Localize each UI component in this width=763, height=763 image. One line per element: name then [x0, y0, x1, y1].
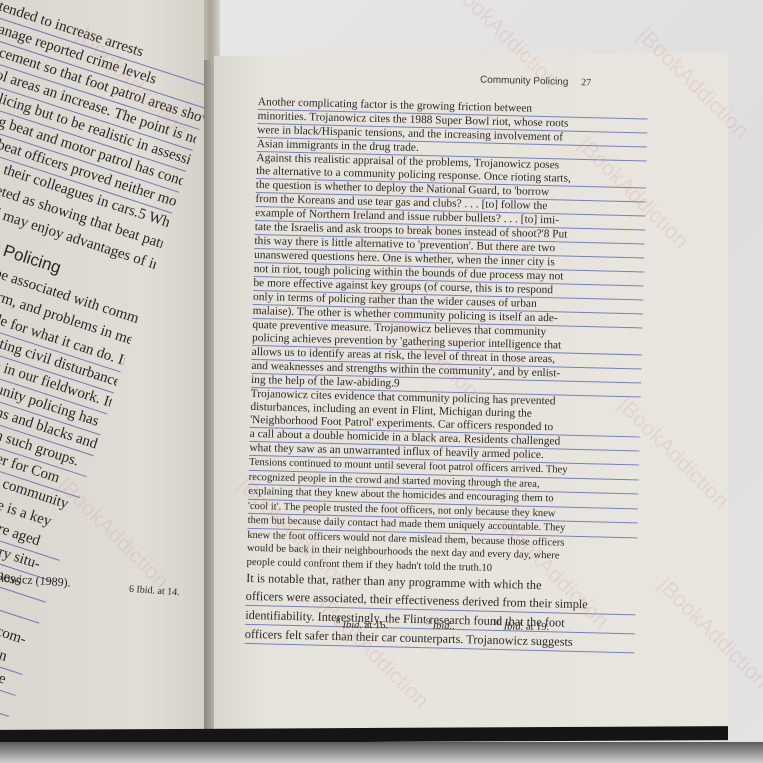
paragraph-closing: It is notable that, rather than any prog… — [245, 569, 637, 654]
right-footnotes: 8 Ibid. at 16.9 Ibid..10 Ibid. at 19. — [336, 615, 587, 633]
footnote-6: 6 Ibid. at 14. — [129, 584, 180, 599]
block-quote: Tensions continued to mount until severa… — [246, 456, 639, 578]
running-head-title: Community Policing — [480, 75, 569, 88]
book-shadow — [0, 742, 763, 763]
footnote-10: 10 Ibid. at 19. — [493, 621, 550, 633]
footnote-9: 9 Ibid.. — [426, 620, 455, 631]
left-page: s intended to increase arrestsor manage … — [0, 0, 212, 732]
right-page-body: Another complicating factor is the growi… — [245, 96, 648, 653]
left-page-text: s intended to increase arrestsor manage … — [0, 0, 212, 732]
page-number: 27 — [581, 77, 591, 88]
paragraph-main: Another complicating factor is the growi… — [249, 96, 648, 465]
footnote-8: 8 Ibid. at 16. — [336, 619, 388, 631]
